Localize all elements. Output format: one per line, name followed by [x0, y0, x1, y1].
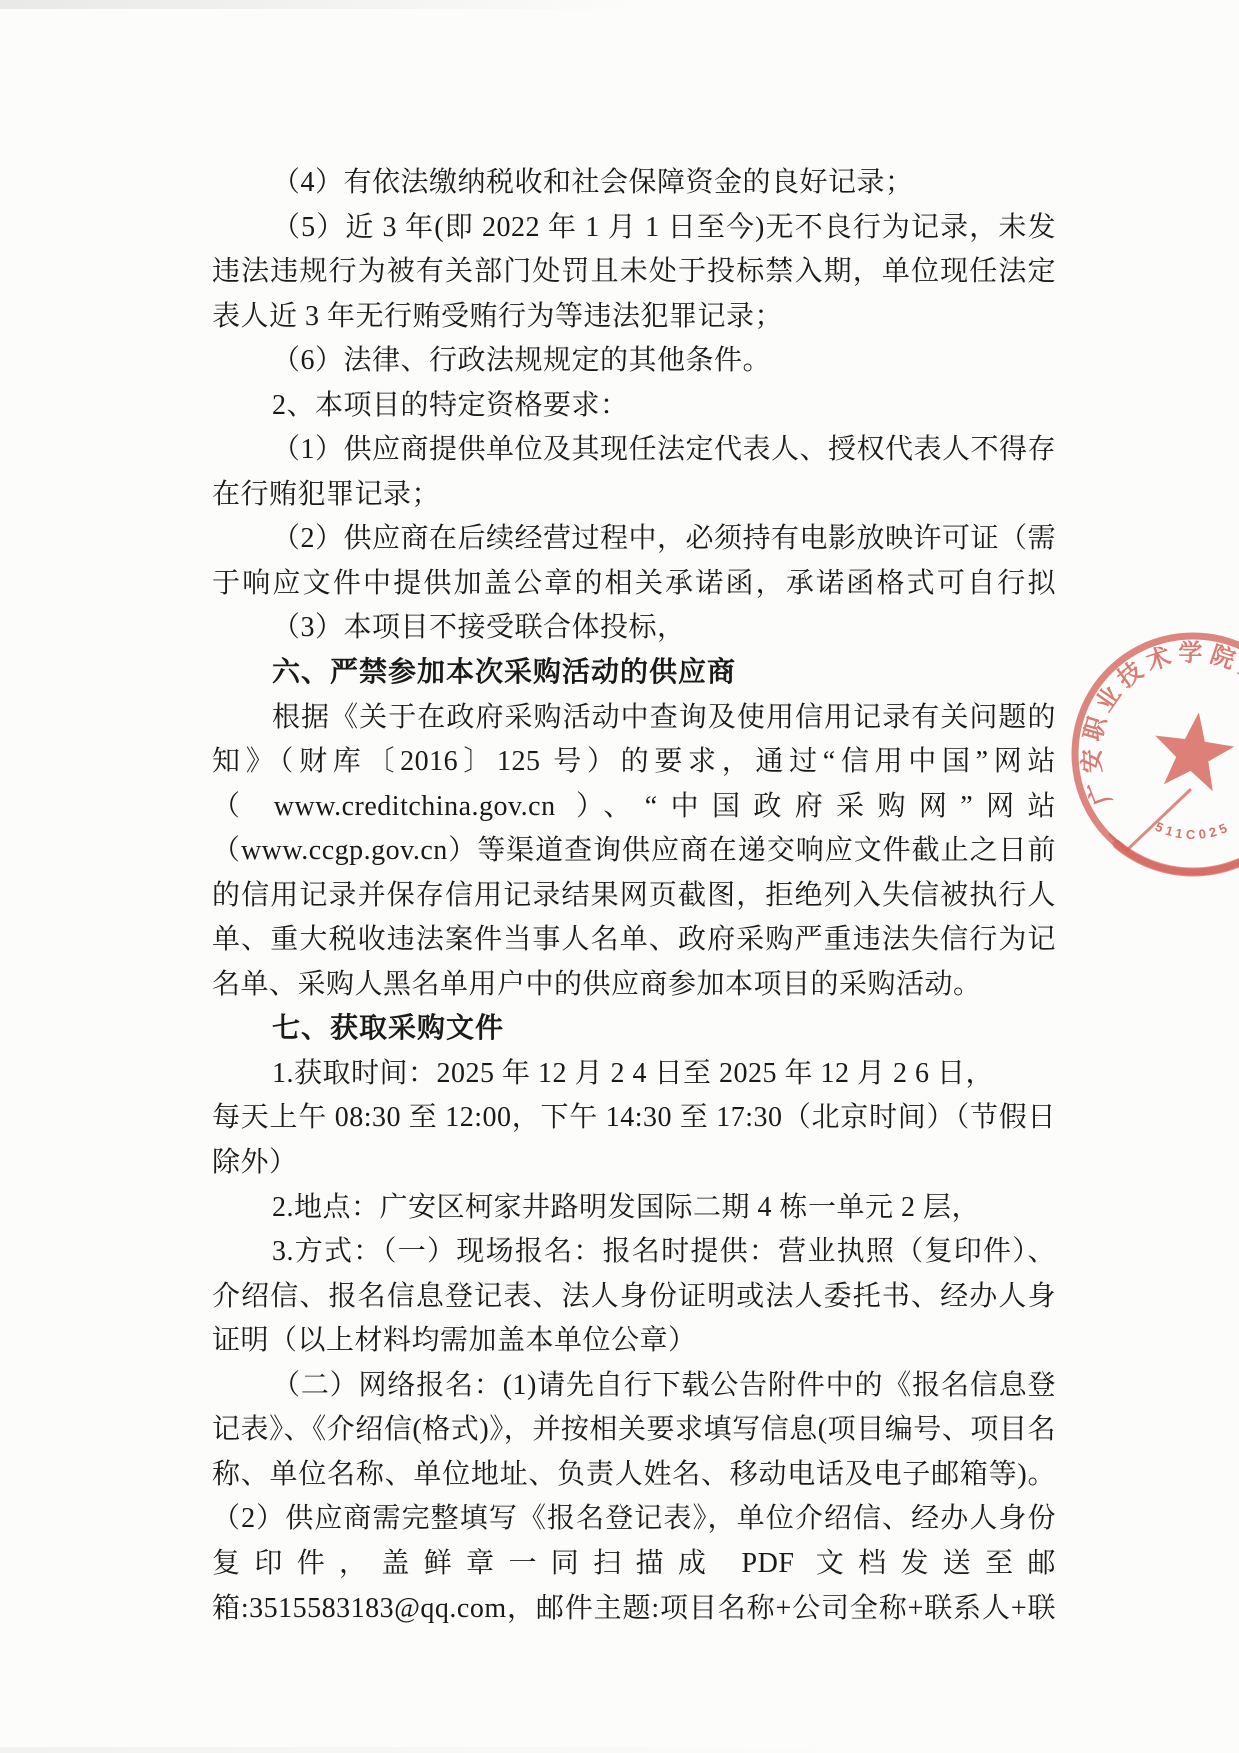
text-line: 2、本项目的特定资格要求：: [212, 384, 1056, 429]
text-line: 知》（财库〔2016〕125 号）的要求，通过“信用中国”网站: [212, 740, 1056, 785]
scan-artifact-bottom: [0, 1747, 1239, 1753]
text-line: 每天上午 08:30 至 12:00，下午 14:30 至 17:30（北京时间…: [212, 1096, 1056, 1141]
text-line: 于响应文件中提供加盖公章的相关承诺函，承诺函格式可自行拟定）。: [212, 562, 1056, 607]
text-line: 根据《关于在政府采购活动中查询及使用信用记录有关问题的通: [212, 696, 1056, 741]
text-line: 名单、采购人黑名单用户中的供应商参加本项目的采购活动。: [212, 963, 1056, 1008]
text-line: 箱:3515583183@qq.com，邮件主题:项目名称+公司全称+联系人+联…: [212, 1587, 1056, 1632]
seal-code-text: 511C025: [1153, 819, 1233, 842]
text-line: 1.获取时间：2025 年 12 月 2 4 日至 2025 年 12 月 2 …: [212, 1052, 1056, 1097]
text-line: （4）有依法缴纳税收和社会保障资金的良好记录；: [212, 161, 1056, 206]
text-line: （6）法律、行政法规规定的其他条件。: [212, 339, 1056, 384]
text-line: （3）本项目不接受联合体投标，: [212, 606, 1056, 651]
seal-signature-mark: [1110, 790, 1190, 850]
text-line: （ www.creditchina.gov.cn ）、“中国政府采购网”网站: [212, 785, 1056, 830]
text-line: 除外）: [212, 1141, 1056, 1186]
text-line: 七、获取采购文件: [212, 1007, 1056, 1052]
text-line: 表人近 3 年无行贿受贿行为等违法犯罪记录；: [212, 295, 1056, 340]
seal-star: [1149, 707, 1239, 793]
text-line: 在行贿犯罪记录；: [212, 473, 1056, 518]
seal-ring-bottom-smudge: [1117, 844, 1239, 872]
text-line: 证明（以上材料均需加盖本单位公章）: [212, 1319, 1056, 1364]
text-line: （2）供应商在后续经营过程中，必须持有电影放映许可证（需: [212, 517, 1056, 562]
text-line: 违法违规行为被有关部门处罚且未处于投标禁入期，单位现任法定代: [212, 250, 1056, 295]
text-line: 2.地点：广安区柯家井路明发国际二期 4 栋一单元 2 层，: [212, 1186, 1056, 1231]
text-line: （1）供应商提供单位及其现任法定代表人、授权代表人不得存: [212, 428, 1056, 473]
text-line: （www.ccgp.gov.cn）等渠道查询供应商在递交响应文件截止之日前: [212, 829, 1056, 874]
official-seal-stamp: 广安职业技术学院资产管理处 511C025: [1063, 628, 1239, 888]
text-line: 介绍信、报名信息登记表、法人身份证明或法人委托书、经办人身份: [212, 1275, 1056, 1320]
text-line: （5）近 3 年(即 2022 年 1 月 1 日至今)无不良行为记录，未发生: [212, 206, 1056, 251]
text-line: 复印件，盖鲜章一同扫描成 PDF 文档发送至邮: [212, 1542, 1056, 1587]
text-line: 六、严禁参加本次采购活动的供应商: [212, 651, 1056, 696]
text-line: （二）网络报名：(1)请先自行下载公告附件中的《报名信息登: [212, 1364, 1056, 1409]
text-line: 称、单位名称、单位地址、负责人姓名、移动电话及电子邮箱等)。: [212, 1453, 1056, 1498]
document-body: （4）有依法缴纳税收和社会保障资金的良好记录；（5）近 3 年(即 2022 年…: [212, 161, 1056, 1631]
scan-artifact-top: [0, 0, 640, 9]
text-line: 记表》、《介绍信(格式)》，并按相关要求填写信息(项目编号、项目名: [212, 1408, 1056, 1453]
text-line: 3.方式：（一）现场报名：报名时提供：营业执照（复印件）、: [212, 1230, 1056, 1275]
text-line: （2）供应商需完整填写《报名登记表》，单位介绍信、经办人身份证: [212, 1497, 1056, 1542]
text-line: 的信用记录并保存信用记录结果网页截图，拒绝列入失信被执行人名: [212, 874, 1056, 919]
seal-arc-text: 广安职业技术学院资产管理处: [1077, 640, 1239, 809]
text-line: 单、重大税收违法案件当事人名单、政府采购严重违法失信行为记录: [212, 918, 1056, 963]
document-page: （4）有依法缴纳税收和社会保障资金的良好记录；（5）近 3 年(即 2022 年…: [0, 0, 1239, 1753]
